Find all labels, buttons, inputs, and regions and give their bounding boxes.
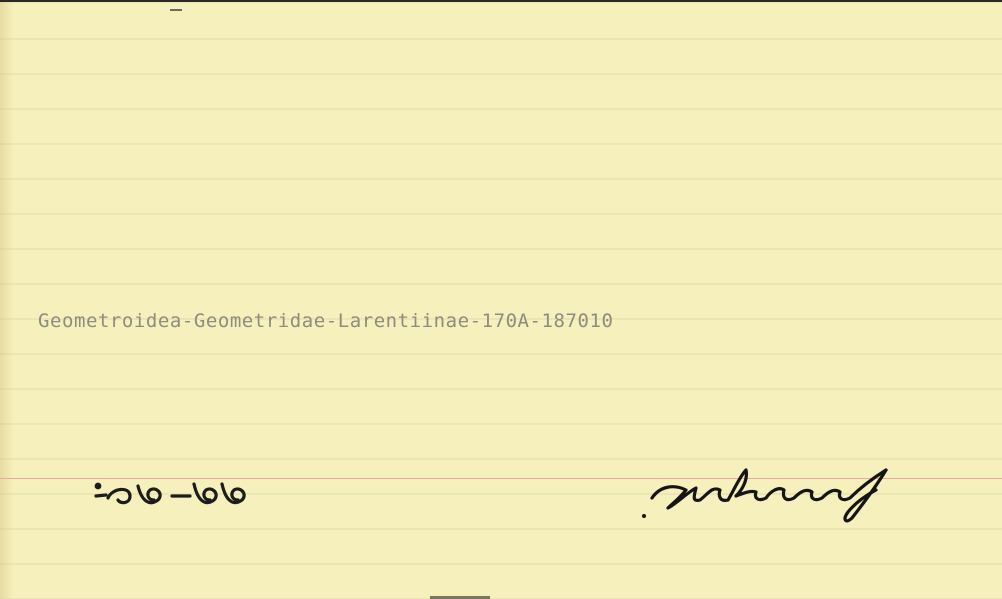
handwritten-name: Anaorqia. <box>630 450 930 540</box>
handwritten-number: 99-95. <box>90 472 250 522</box>
typed-classification-line: Geometroidea-Geometridae-Larentiinae-170… <box>38 310 613 332</box>
handwritten-name-glyphs <box>630 450 930 540</box>
ink-mark <box>170 9 182 11</box>
handwritten-number-glyphs <box>90 472 250 522</box>
index-card: Geometroidea-Geometridae-Larentiinae-170… <box>0 2 1002 599</box>
